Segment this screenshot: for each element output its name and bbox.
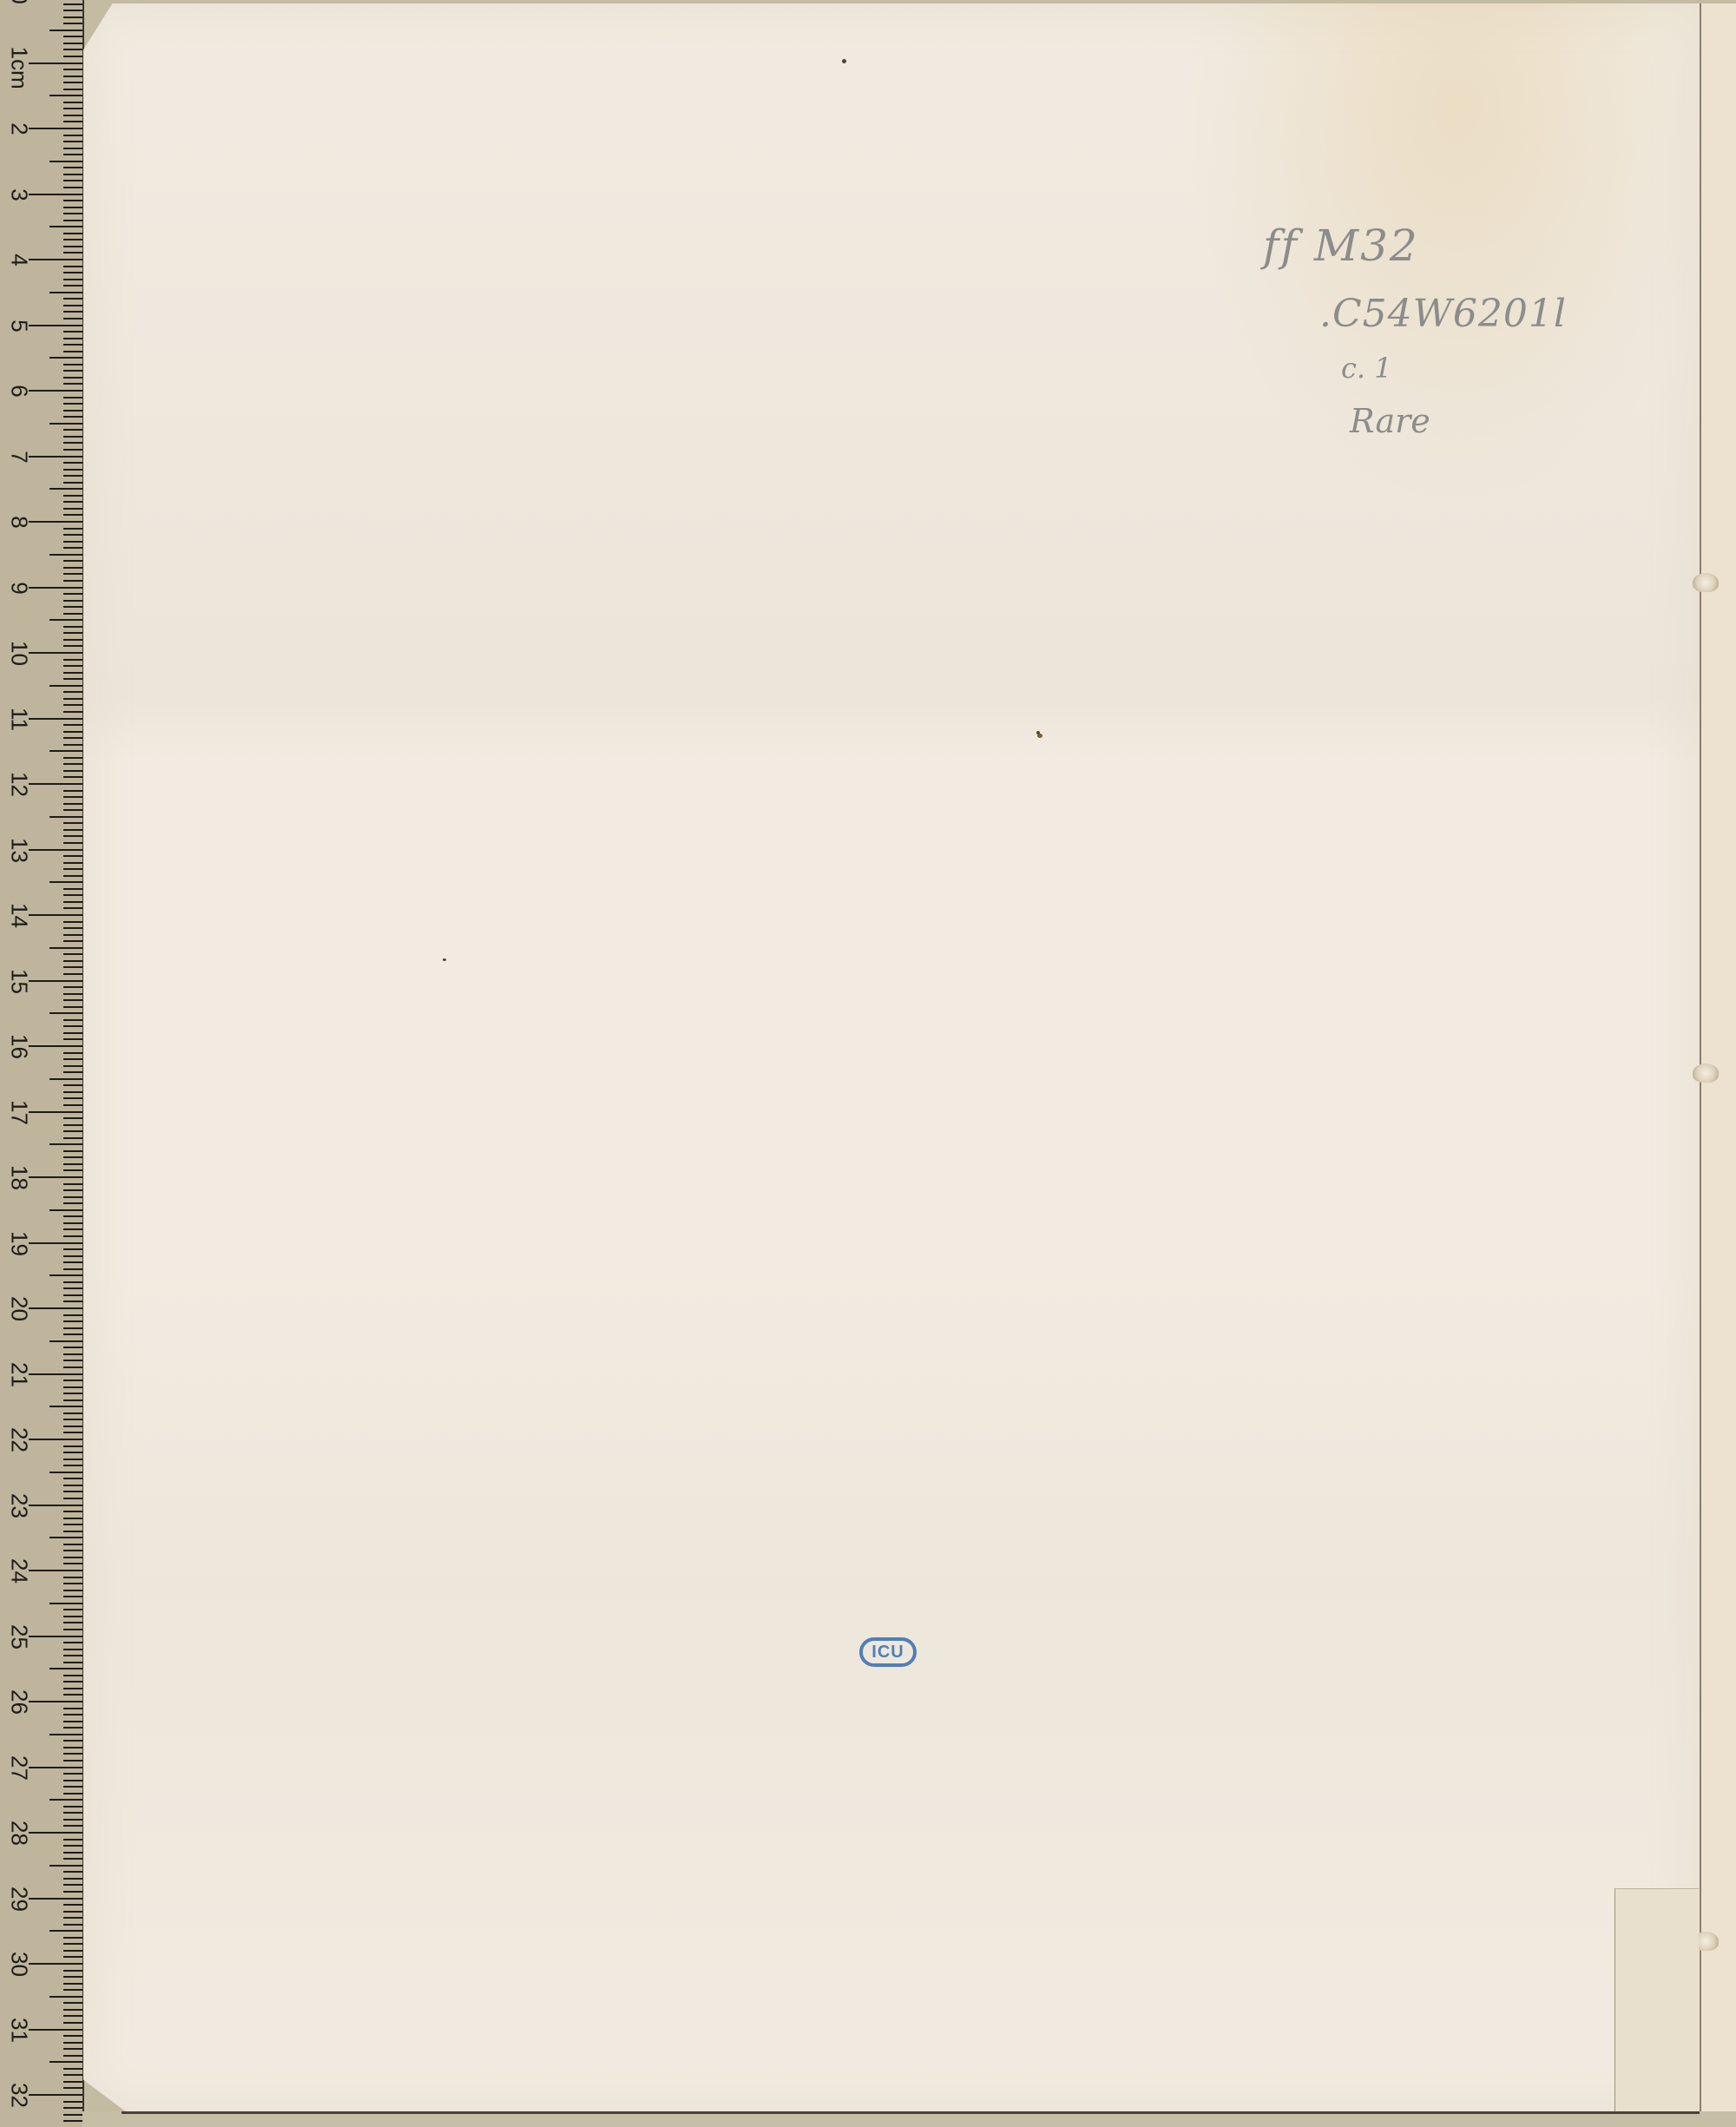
ruler-label: 15 (6, 964, 33, 998)
ruler-label: 3 (6, 177, 33, 212)
ruler-tick (63, 449, 82, 451)
ruler-label: 29 (6, 1881, 33, 1916)
ruler-tick (29, 1242, 82, 1244)
ruler-tick (63, 1235, 82, 1237)
ruler-tick (63, 541, 82, 543)
ruler-label: 11 (6, 701, 33, 736)
ruler-tick (63, 364, 82, 365)
ruler-tick (63, 711, 82, 713)
ruler-tick (63, 580, 82, 582)
ruler-tick (63, 1596, 82, 1597)
ruler-tick (49, 816, 82, 818)
ruler-tick (63, 252, 82, 254)
ruler-tick (29, 1963, 82, 1965)
ruler-tick (63, 1255, 82, 1257)
ruler-tick (63, 672, 82, 674)
ruler-tick (63, 613, 82, 615)
ruler-label: 14 (6, 899, 33, 933)
ruler-tick (63, 645, 82, 647)
ruler-tick (63, 3, 82, 5)
ruler-tick (29, 783, 82, 785)
ruler-tick (63, 1793, 82, 1794)
ruler-tick (63, 1019, 82, 1021)
ruler-tick (49, 554, 82, 556)
ruler-tick (63, 508, 82, 510)
ruler-tick (63, 2055, 82, 2057)
ruler-tick (63, 266, 82, 267)
ruler-label: 31 (6, 2012, 33, 2047)
ruler-tick (63, 1649, 82, 1650)
collection-note: Rare (1350, 405, 1430, 438)
ruler-label: 19 (6, 1226, 33, 1261)
ruler-label: 12 (6, 767, 33, 802)
ruler-tick (63, 1038, 82, 1040)
ruler-tick (49, 947, 82, 949)
ruler-tick (63, 1806, 82, 1808)
ruler-tick (63, 1025, 82, 1027)
ruler-tick (63, 318, 82, 319)
ruler-tick (63, 351, 82, 352)
ruler-tick (63, 1714, 82, 1715)
ruler-tick (63, 770, 82, 772)
ruler-tick (29, 2029, 82, 2031)
ruler-tick (49, 1472, 82, 1473)
call-number-line-2: .C54W6201l (1319, 295, 1567, 333)
ruler-tick (63, 1786, 82, 1788)
ruler-tick (63, 1780, 82, 1781)
ruler-tick (63, 934, 82, 936)
ruler-label: 5 (6, 308, 33, 343)
ruler-tick (29, 1898, 82, 1900)
ruler-tick (63, 1183, 82, 1185)
ruler-tick (29, 1307, 82, 1309)
ruler-tick (63, 1688, 82, 1689)
ruler-tick (63, 1681, 82, 1683)
ruler-tick (63, 1281, 82, 1283)
ruler-tick (63, 953, 82, 955)
ruler-tick (63, 593, 82, 595)
ruler-tick (49, 881, 82, 883)
ruler-tick (63, 49, 82, 50)
ruler-tick (63, 69, 82, 70)
ruler-tick (63, 999, 82, 1001)
ruler-tick (29, 1176, 82, 1178)
ruler-tick (29, 521, 82, 523)
ruler-label: 25 (6, 1619, 33, 1654)
ruler-tick (63, 1399, 82, 1401)
ruler-tick (49, 1078, 82, 1080)
ruler-tick (29, 1439, 82, 1440)
ruler-tick (63, 855, 82, 857)
ruler-tick (49, 488, 82, 490)
ruler-tick (63, 442, 82, 444)
ruler-tick (63, 154, 82, 155)
ruler-tick (63, 2120, 82, 2122)
ruler-label: 7 (6, 439, 33, 474)
ruler-tick (63, 875, 82, 877)
ruler-tick (63, 960, 82, 962)
ruler-tick (63, 89, 82, 90)
measurement-ruler: 01cm234567891011121314151617181920212223… (0, 0, 84, 2127)
ruler-tick (63, 1333, 82, 1335)
ruler-tick (63, 213, 82, 214)
ruler-tick (63, 1432, 82, 1433)
ruler-tick (63, 1852, 82, 1854)
ruler-tick (63, 1753, 82, 1755)
ruler-tick (63, 429, 82, 431)
ruler-tick (63, 803, 82, 805)
ruler-tick (49, 750, 82, 752)
ruler-label: 8 (6, 505, 33, 540)
ruler-label: 32 (6, 2078, 33, 2113)
ruler-tick (63, 1518, 82, 1519)
ruler-label: 6 (6, 374, 33, 409)
ruler-tick (63, 331, 82, 333)
ruler-tick (29, 2094, 82, 2096)
ruler-tick (63, 239, 82, 240)
ruler-tick (63, 383, 82, 385)
ruler-tick (63, 757, 82, 759)
ruler-tick (63, 1498, 82, 1499)
ruler-tick (49, 1340, 82, 1342)
ruler-tick (63, 776, 82, 778)
ruler-label: 0 (6, 0, 33, 16)
ruler-tick (63, 2042, 82, 2044)
ruler-tick (63, 1708, 82, 1709)
ruler-tick (29, 1505, 82, 1506)
ruler-tick (63, 416, 82, 418)
ruler-label: 30 (6, 1947, 33, 1982)
ruler-tick (29, 718, 82, 720)
ruler-tick (63, 167, 82, 168)
ruler-tick (63, 220, 82, 221)
ruler-tick (63, 311, 82, 313)
ruler-tick (63, 1884, 82, 1886)
ruler-tick (63, 495, 82, 497)
ruler-tick (63, 907, 82, 909)
ruler-tick (63, 966, 82, 968)
ruler-tick (63, 1917, 82, 1919)
paper-speck (443, 958, 446, 961)
ruler-tick (63, 940, 82, 942)
ruler-tick (63, 1550, 82, 1551)
ruler-tick (63, 1891, 82, 1893)
ruler-tick (63, 2015, 82, 2017)
ruler-tick (49, 1209, 82, 1211)
ruler-tick (63, 200, 82, 201)
ruler-tick (49, 423, 82, 425)
ruler-tick (63, 344, 82, 346)
ruler-tick (63, 469, 82, 471)
ruler-tick (63, 482, 82, 484)
ruler-label: 24 (6, 1554, 33, 1589)
ruler-tick (63, 36, 82, 37)
ruler-tick (63, 1314, 82, 1316)
ruler-tick (49, 1274, 82, 1276)
ruler-tick (63, 2087, 82, 2089)
ruler-tick (63, 1347, 82, 1348)
ruler-tick (29, 849, 82, 851)
ruler-tick (29, 1701, 82, 1702)
ruler-tick (63, 1137, 82, 1139)
ruler-tick (63, 822, 82, 824)
ruler-tick (63, 1156, 82, 1158)
ruler-tick (49, 1799, 82, 1801)
ruler-tick (63, 665, 82, 667)
ruler-tick (63, 1760, 82, 1762)
ruler-tick (63, 547, 82, 549)
ruler-tick (63, 1825, 82, 1827)
ruler-tick (63, 2002, 82, 2004)
ruler-tick (49, 226, 82, 227)
staple-icon (1693, 573, 1719, 592)
ruler-tick (63, 2035, 82, 2037)
ruler-tick (63, 1426, 82, 1427)
ruler-tick (63, 1130, 82, 1132)
ruler-tick (63, 148, 82, 149)
ruler-tick (63, 1452, 82, 1453)
ruler-tick (63, 1642, 82, 1643)
ruler-tick (63, 1169, 82, 1171)
ruler-tick (63, 23, 82, 24)
ruler-tick (63, 1622, 82, 1623)
ruler-tick (29, 587, 82, 589)
ruler-tick (63, 986, 82, 988)
ruler-tick (63, 1071, 82, 1073)
ruler-label: 1cm (6, 46, 33, 81)
ruler-tick (63, 1228, 82, 1230)
ruler-tick (63, 1871, 82, 1873)
ruler-tick (63, 600, 82, 602)
ruler-tick (63, 1084, 82, 1086)
ruler-tick (63, 1629, 82, 1630)
ruler-tick (63, 1485, 82, 1486)
ruler-tick (63, 567, 82, 569)
ruler-tick (63, 279, 82, 280)
ruler-tick (63, 1950, 82, 1952)
ruler-tick (63, 862, 82, 864)
ruler-tick (29, 1570, 82, 1571)
ruler-tick (63, 1445, 82, 1447)
ruler-tick (63, 1577, 82, 1578)
ruler-tick (63, 888, 82, 890)
ruler-tick (63, 2114, 82, 2116)
ruler-tick (63, 1694, 82, 1696)
ruler-tick (63, 475, 82, 477)
ruler-tick (63, 121, 82, 122)
ruler-tick (63, 1386, 82, 1388)
ruler-tick (63, 973, 82, 975)
ruler-tick (63, 573, 82, 575)
ruler-tick (63, 1773, 82, 1775)
ruler-label: 23 (6, 1488, 33, 1523)
ruler-tick (63, 639, 82, 641)
ruler-tick (63, 1196, 82, 1198)
ruler-tick (63, 835, 82, 837)
ruler-tick (63, 691, 82, 693)
ruler-tick (63, 1287, 82, 1289)
ruler-tick (29, 63, 82, 64)
ruler-tick (63, 606, 82, 608)
ruler-tick (63, 298, 82, 300)
ruler-tick (63, 2101, 82, 2103)
ruler-tick (63, 1327, 82, 1329)
ruler-label: 17 (6, 1095, 33, 1129)
ruler-tick (63, 1616, 82, 1617)
ruler-tick (63, 135, 82, 136)
library-stamp: ICU (859, 1637, 917, 1667)
ruler-tick (63, 1189, 82, 1191)
ruler-label: 21 (6, 1357, 33, 1392)
ruler-tick (63, 678, 82, 680)
ruler-tick (29, 128, 82, 129)
ruler-tick (63, 1117, 82, 1119)
ruler-tick (49, 619, 82, 621)
paper-speck (1037, 734, 1042, 738)
ruler-tick (63, 272, 82, 273)
ruler-tick (63, 560, 82, 562)
ruler-tick (49, 30, 82, 31)
ruler-tick (63, 894, 82, 896)
ruler-tick (29, 1373, 82, 1375)
ruler-tick (63, 1911, 82, 1913)
ruler-tick (63, 1557, 82, 1558)
ruler-tick (63, 1819, 82, 1821)
ruler-tick (63, 1097, 82, 1099)
ruler-tick (63, 1478, 82, 1479)
ruler-tick (63, 1261, 82, 1263)
ruler-tick (63, 1301, 82, 1302)
ruler-tick (63, 377, 82, 379)
ruler-tick (29, 980, 82, 982)
ruler-tick (63, 1989, 82, 1991)
ruler-tick (63, 115, 82, 116)
ruler-tick (63, 1248, 82, 1250)
ruler-tick (63, 1419, 82, 1420)
ruler-tick (63, 1747, 82, 1748)
ruler-tick (63, 534, 82, 536)
ruler-tick (63, 731, 82, 733)
ruler-tick (29, 325, 82, 326)
ruler-tick (63, 1590, 82, 1591)
ruler-tick (49, 1734, 82, 1735)
ruler-tick (49, 2061, 82, 2063)
ruler-tick (63, 43, 82, 44)
ruler-tick (63, 2081, 82, 2083)
ruler-tick (49, 1668, 82, 1669)
ruler-tick (63, 1465, 82, 1466)
ruler-tick (63, 796, 82, 798)
ruler-label: 2 (6, 112, 33, 147)
ruler-tick (63, 901, 82, 903)
ruler-tick (63, 2022, 82, 2024)
ruler-label: 4 (6, 243, 33, 278)
ruler-tick (49, 1930, 82, 1932)
ruler-tick (63, 1294, 82, 1296)
ruler-tick (63, 1366, 82, 1368)
ruler-tick (63, 842, 82, 844)
ruler-tick (63, 1032, 82, 1034)
ruler-tick (49, 1406, 82, 1407)
ruler-tick (29, 456, 82, 458)
ruler-tick (63, 1052, 82, 1054)
ruler-tick (63, 1163, 82, 1165)
ruler-tick (63, 141, 82, 142)
ruler-tick (63, 1380, 82, 1381)
ruler-tick (63, 1215, 82, 1217)
ruler-tick (63, 659, 82, 661)
ruler-tick (63, 809, 82, 811)
ruler-tick (63, 403, 82, 405)
ruler-tick (49, 1143, 82, 1145)
ruler-tick (63, 514, 82, 516)
ruler-tick (63, 233, 82, 234)
ruler-tick (63, 829, 82, 831)
ruler-tick (29, 1111, 82, 1113)
ruler-tick (63, 1878, 82, 1880)
ruler-tick (29, 194, 82, 195)
ruler-tick (63, 993, 82, 995)
ruler-tick (63, 626, 82, 628)
ruler-tick (63, 1544, 82, 1545)
ruler-tick (63, 1459, 82, 1460)
ruler-tick (63, 1943, 82, 1945)
ruler-tick (63, 180, 82, 181)
ruler-tick (63, 1976, 82, 1978)
ruler-label: 18 (6, 1161, 33, 1195)
ruler-label: 27 (6, 1750, 33, 1785)
ruler-tick (63, 174, 82, 175)
ruler-tick (49, 292, 82, 293)
ruler-tick (63, 704, 82, 706)
ruler-tick (63, 1609, 82, 1610)
ruler-label: 9 (6, 570, 33, 605)
ruler-tick (63, 2074, 82, 2076)
ruler-tick (29, 1767, 82, 1768)
ruler-tick (63, 436, 82, 438)
ruler-tick (63, 1675, 82, 1676)
ruler-tick (63, 1150, 82, 1152)
ruler-tick (63, 1563, 82, 1564)
ruler-tick (63, 1904, 82, 1906)
ruler-tick (63, 1970, 82, 1972)
ruler-tick (63, 1268, 82, 1270)
ruler-tick (63, 1983, 82, 1985)
ruler-tick (63, 1937, 82, 1939)
ruler-tick (63, 698, 82, 700)
ruler-tick (63, 2107, 82, 2109)
ruler-tick (63, 1360, 82, 1361)
ruler-label: 28 (6, 1816, 33, 1851)
ruler-tick (63, 76, 82, 77)
ruler-tick (49, 357, 82, 359)
ruler-tick (63, 1839, 82, 1841)
ruler-tick (63, 397, 82, 398)
page-bottom-edge (122, 2111, 1700, 2114)
ruler-tick (63, 2009, 82, 2011)
stamp-text: ICU (871, 1643, 904, 1663)
ruler-tick (49, 1865, 82, 1867)
ruler-tick (63, 410, 82, 412)
ruler-label: 10 (6, 636, 33, 671)
ruler-tick (63, 1845, 82, 1847)
ruler-tick (63, 868, 82, 870)
ruler-tick (63, 1524, 82, 1525)
repair-tape (1614, 1888, 1699, 2111)
ruler-tick (63, 1662, 82, 1663)
ruler-label: 26 (6, 1685, 33, 1720)
ruler-tick (63, 528, 82, 530)
